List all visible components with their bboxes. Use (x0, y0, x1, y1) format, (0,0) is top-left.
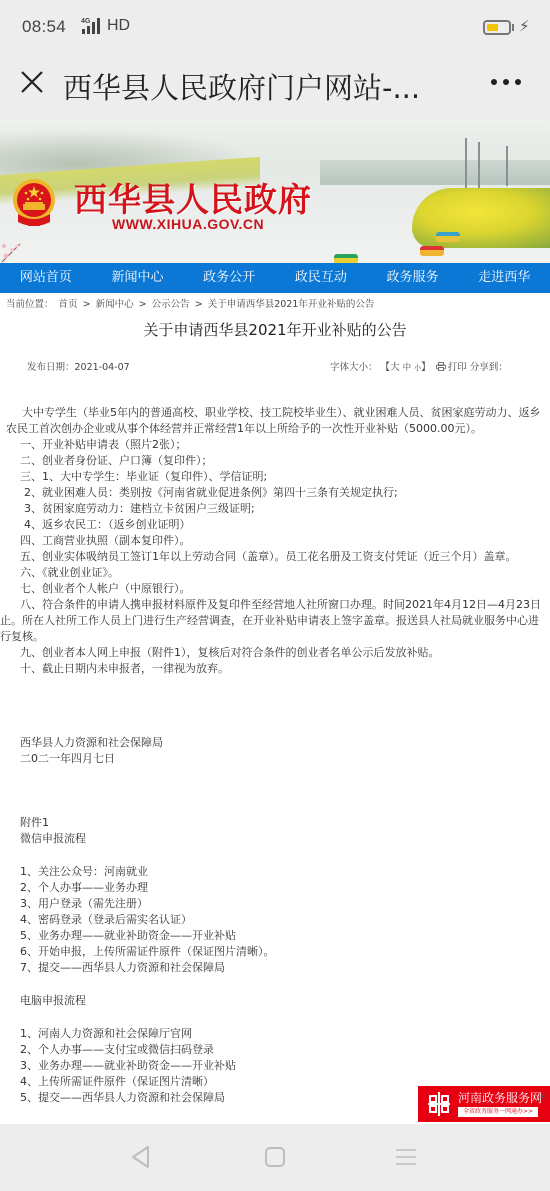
publish-date-label: 发布日期： (27, 362, 75, 373)
breadcrumb-prefix: 当前位置： (6, 299, 54, 310)
hd-indicator: HD (107, 17, 130, 35)
requirement-item-cont: 行复核。 (0, 629, 550, 645)
font-size-bracket-open: 【 (381, 362, 391, 373)
font-size-bracket-close: 】 (421, 362, 431, 373)
signature-block: 西华县人力资源和社会保障局 二0二一年四月七日 (0, 735, 550, 767)
pc-step: 3、业务办理——就业补助资金——开业补贴 (0, 1058, 550, 1074)
national-emblem-icon (10, 178, 58, 230)
pc-heading: 电脑申报流程 (0, 993, 550, 1009)
requirement-subitem: 4、返乡农民工：（返乡创业证明） (0, 517, 550, 533)
wechat-step: 7、提交——西华县人力资源和社会保障局 (0, 960, 550, 976)
requirement-item: 八、符合条件的申请人携申报材料原件及复印件至经营地人社所窗口办理。时间2021年… (0, 597, 550, 613)
breadcrumb-current: 关于申请西华县2021年开业补贴的公告 (208, 299, 375, 310)
requirement-item: 五、创业实体吸纳员工签订1年以上劳动合同（盖章）。员工花名册及工资支付凭证（近三… (0, 549, 550, 565)
banner-island (412, 188, 550, 248)
nav-item-gov-info[interactable]: 政务公开 (183, 263, 275, 293)
requirement-item-cont: 止。所在人社所工作人员上门进行生产经营调查，在开业补贴申请表上签字盖章。报送县人… (0, 613, 550, 629)
article-title: 关于申请西华县2021年开业补贴的公告 (0, 319, 550, 340)
back-icon[interactable] (128, 1144, 154, 1170)
breadcrumb: 当前位置： 首页 > 新闻中心 > 公示公告 > 关于申请西华县2021年开业补… (6, 296, 376, 310)
blossom-decoration (0, 238, 24, 263)
close-icon[interactable] (18, 68, 46, 96)
gov-service-logo-icon (428, 1092, 450, 1116)
signal-4g-icon: 4G (78, 16, 106, 36)
svg-text:4G: 4G (81, 18, 91, 25)
attachment-label: 附件1 (0, 815, 550, 831)
font-size-label: 字体大小： (330, 362, 378, 373)
requirement-subitem: 2、就业困难人员：类别按《河南省就业促进条例》第四十三条有关规定执行; (0, 485, 550, 501)
requirement-item: 七、创业者个人帐户（中原银行）。 (0, 581, 550, 597)
nav-item-interaction[interactable]: 政民互动 (275, 263, 367, 293)
home-icon[interactable] (262, 1144, 288, 1170)
signature-org: 西华县人力资源和社会保障局 (0, 735, 550, 751)
ad-title: 河南政务服务网 (458, 1089, 542, 1106)
site-url: WWW.XIHUA.GOV.CN (112, 216, 264, 232)
battery-icon (483, 20, 511, 35)
pc-step: 2、个人办事——支付宝或微信扫码登录 (0, 1042, 550, 1058)
breadcrumb-notices[interactable]: 公示公告 (152, 299, 190, 310)
requirement-item: 二、创业者身份证、户口簿（复印件）； (0, 453, 550, 469)
font-size-large-button[interactable]: 大 (390, 362, 400, 373)
browser-title-bar: 西华县人民政府门户网站-... (0, 52, 550, 120)
main-nav: 网站首页 新闻中心 政务公开 政民互动 政务服务 走进西华 (0, 263, 550, 293)
wechat-step: 2、个人办事——业务办理 (0, 880, 550, 896)
status-bar: 08:54 4G HD ⚡ (0, 0, 550, 52)
wechat-step: 6、开始申报，上传所需证件原件（保证图片清晰）。 (0, 944, 550, 960)
attachment-section: 附件1 微信申报流程 (0, 815, 550, 847)
pc-step: 1、河南人力资源和社会保障厅官网 (0, 1026, 550, 1042)
publish-date-value: 2021-04-07 (75, 362, 130, 373)
site-banner: 西华县人民政府 WWW.XIHUA.GOV.CN (0, 120, 550, 263)
breadcrumb-separator: > (83, 299, 91, 310)
requirement-item: 十、截止日期内未申报者，一律视为放弃。 (0, 661, 550, 677)
charging-icon: ⚡ (519, 17, 530, 35)
intro-paragraph: 大中专学生（毕业5年内的普通高校、职业学校、技工院校毕业生）、就业困难人员、贫困… (0, 405, 550, 421)
breadcrumb-home[interactable]: 首页 (59, 299, 78, 310)
page-title: 西华县人民政府门户网站-... (63, 66, 420, 107)
wechat-step: 4、密码登录（登录后需实名认证） (0, 912, 550, 928)
requirement-item: 一、开业补贴申请表（照片2张）； (0, 437, 550, 453)
clock: 08:54 (22, 17, 66, 37)
pc-heading-block: 电脑申报流程 (0, 993, 550, 1009)
battery-tip (512, 24, 514, 31)
article-tools: 字体大小： 【大 中 小】 打印 分享到： (330, 359, 508, 373)
intro-paragraph-cont: 农民工首次创办企业或从事个体经营并正常经营1年以上所给予的一次性开业补贴（500… (0, 421, 550, 437)
banner-boat (420, 246, 444, 256)
publish-date: 发布日期：2021-04-07 (27, 359, 130, 373)
breadcrumb-separator: > (139, 299, 147, 310)
requirement-item: 三、1、大中专学生：毕业证（复印件）、学信证明; (0, 469, 550, 485)
wechat-step: 5、业务办理——就业补助资金——开业补贴 (0, 928, 550, 944)
requirement-item: 九、创业者本人网上申报（附件1），复核后对符合条件的创业者名单公示后发放补贴。 (0, 645, 550, 661)
requirement-subitem: 3、贫困家庭劳动力：建档立卡贫困户三级证明; (0, 501, 550, 517)
wechat-step: 1、关注公众号：河南就业 (0, 864, 550, 880)
banner-pole (506, 146, 508, 186)
nav-item-services[interactable]: 政务服务 (367, 263, 459, 293)
print-icon[interactable] (436, 362, 446, 371)
nav-item-home[interactable]: 网站首页 (0, 263, 92, 293)
banner-boat (436, 232, 460, 242)
banner-shore (320, 160, 550, 185)
requirement-item: 六、《就业创业证》。 (0, 565, 550, 581)
nav-item-about[interactable]: 走进西华 (458, 263, 550, 293)
wechat-steps: 1、关注公众号：河南就业 2、个人办事——业务办理 3、用户登录（需先注册） 4… (0, 864, 550, 976)
menu-icon[interactable] (393, 1144, 419, 1170)
font-size-medium-button[interactable]: 中 (403, 363, 412, 373)
henan-gov-service-ad[interactable]: 河南政务服务网 全省政务服务一网通办>> x (418, 1086, 550, 1122)
signature-date: 二0二一年四月七日 (0, 751, 550, 767)
breadcrumb-news[interactable]: 新闻中心 (96, 299, 134, 310)
wechat-heading: 微信申报流程 (0, 831, 550, 847)
requirement-item: 四、工商营业执照（副本复印件）。 (0, 533, 550, 549)
banner-boat (334, 254, 358, 263)
wechat-step: 3、用户登录（需先注册） (0, 896, 550, 912)
ad-subtitle: 全省政务服务一网通办>> (458, 1107, 538, 1117)
site-name: 西华县人民政府 (74, 174, 312, 221)
ad-close-button[interactable]: x (540, 1092, 545, 1102)
breadcrumb-separator: > (195, 299, 203, 310)
more-icon[interactable] (488, 66, 524, 96)
article-body: 大中专学生（毕业5年内的普通高校、职业学校、技工院校毕业生）、就业困难人员、贫困… (0, 405, 550, 677)
share-label: 分享到： (470, 362, 508, 373)
print-button[interactable]: 打印 (448, 362, 467, 373)
system-nav-bar (0, 1124, 550, 1191)
nav-item-news[interactable]: 新闻中心 (92, 263, 184, 293)
